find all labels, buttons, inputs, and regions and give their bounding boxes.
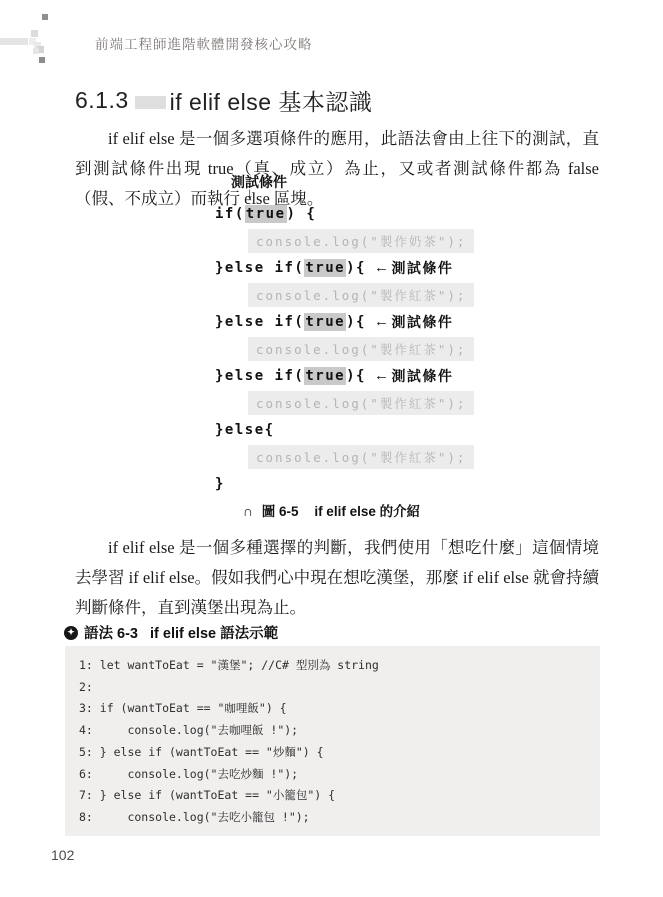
syntax-heading: ✦ 語法 6-3 if elif else 語法示範 [64,622,278,643]
book-page: 前端工程師進階軟體開發核心攻略 6.1.3 if elif else 基本認識 … [0,0,663,897]
figure-code-line: if(true) { [215,200,474,227]
figure-console-line: console.log("製作紅茶"); [215,281,474,308]
deco-bar [0,38,28,45]
left-arrow-icon: ← [374,367,391,384]
code-line: 8: console.log("去吃小籠包 !"); [79,807,600,829]
figure-console-line: console.log("製作紅茶"); [215,389,474,416]
figure-console-line: console.log("製作紅茶"); [215,335,474,362]
page-number: 102 [51,847,74,863]
down-arrow-icon: ↓ [246,190,474,200]
deco-square [33,48,39,54]
figure-caption-icon: ∩ [243,503,253,519]
code-block: 1: let wantToEat = "漢堡"; //C# 型別為 string… [65,646,600,836]
section-number: 6.1.3 [75,87,129,114]
test-condition-label: 測試條件 [231,172,474,190]
deco-square [42,14,48,20]
code-line: 6: console.log("去吃炒麵 !"); [79,764,600,786]
console-log-chip: console.log("製作紅茶"); [248,445,474,469]
console-log-chip: console.log("製作紅茶"); [248,283,474,307]
figure-code-line: }else if(true){←測試條件 [215,362,474,389]
figure-console-line: console.log("製作奶茶"); [215,227,474,254]
syntax-bullet-glyph: ✦ [67,627,75,638]
figure-console-line: console.log("製作紅茶"); [215,443,474,470]
section-title: if elif else 基本認識 [170,84,373,117]
syntax-bullet-icon: ✦ [64,626,78,640]
figure-code-line: }else if(true){←測試條件 [215,308,474,335]
code-text: }else{ [215,422,275,438]
console-log-chip: console.log("製作紅茶"); [248,391,474,415]
code-text: ){ [346,260,366,276]
figure-code-line: }else if(true){←測試條件 [215,254,474,281]
syntax-label: 語法 6-3 [84,622,138,643]
code-text: if( [215,206,245,222]
console-log-chip: console.log("製作紅茶"); [248,337,474,361]
figure-diagram: 測試條件 ↓ if(true) {console.log("製作奶茶");}el… [215,172,474,497]
syntax-title: if elif else 語法示範 [150,622,278,643]
highlighted-condition: true [245,205,287,223]
code-line: 2: [79,677,600,699]
highlighted-condition: true [304,367,346,385]
running-header: 前端工程師進階軟體開發核心攻略 [95,33,313,53]
figure-code-rows: if(true) {console.log("製作奶茶");}else if(t… [215,200,474,497]
code-line: 7: } else if (wantToEat == "小籠包") { [79,785,600,807]
code-line: 1: let wantToEat = "漢堡"; //C# 型別為 string [79,655,600,677]
code-line: 5: } else if (wantToEat == "炒麵") { [79,742,600,764]
code-text: }else if( [215,368,304,384]
deco-square [39,57,45,63]
figure-code-line: }else{ [215,416,474,443]
section-heading: 6.1.3 if elif else 基本認識 [75,84,372,117]
test-condition-side-label: 測試條件 [391,312,453,332]
code-text: } [215,476,225,492]
figure-caption-label: 圖 6-5 [262,504,299,519]
figure-caption-text: if elif else 的介紹 [314,504,420,519]
code-line: 3: if (wantToEat == "咖哩飯") { [79,698,600,720]
code-line: 4: console.log("去咖哩飯 !"); [79,720,600,742]
deco-square [31,30,38,37]
console-log-chip: console.log("製作奶茶"); [248,229,474,253]
test-condition-side-label: 測試條件 [391,258,453,278]
highlighted-condition: true [304,313,346,331]
left-arrow-icon: ← [374,259,391,276]
figure-caption: ∩ 圖 6-5 if elif else 的介紹 [0,500,663,520]
test-condition-side-label: 測試條件 [391,366,453,386]
code-text: ){ [346,368,366,384]
code-text: }else if( [215,260,304,276]
heading-divider [135,96,166,109]
left-arrow-icon: ← [374,313,391,330]
example-paragraph: if elif else 是一個多種選擇的判斷，我們使用「想吃什麼」這個情境去學… [75,533,599,623]
figure-code-line: } [215,470,474,497]
code-text: ) { [287,206,317,222]
code-text: ){ [346,314,366,330]
highlighted-condition: true [304,259,346,277]
code-text: }else if( [215,314,304,330]
